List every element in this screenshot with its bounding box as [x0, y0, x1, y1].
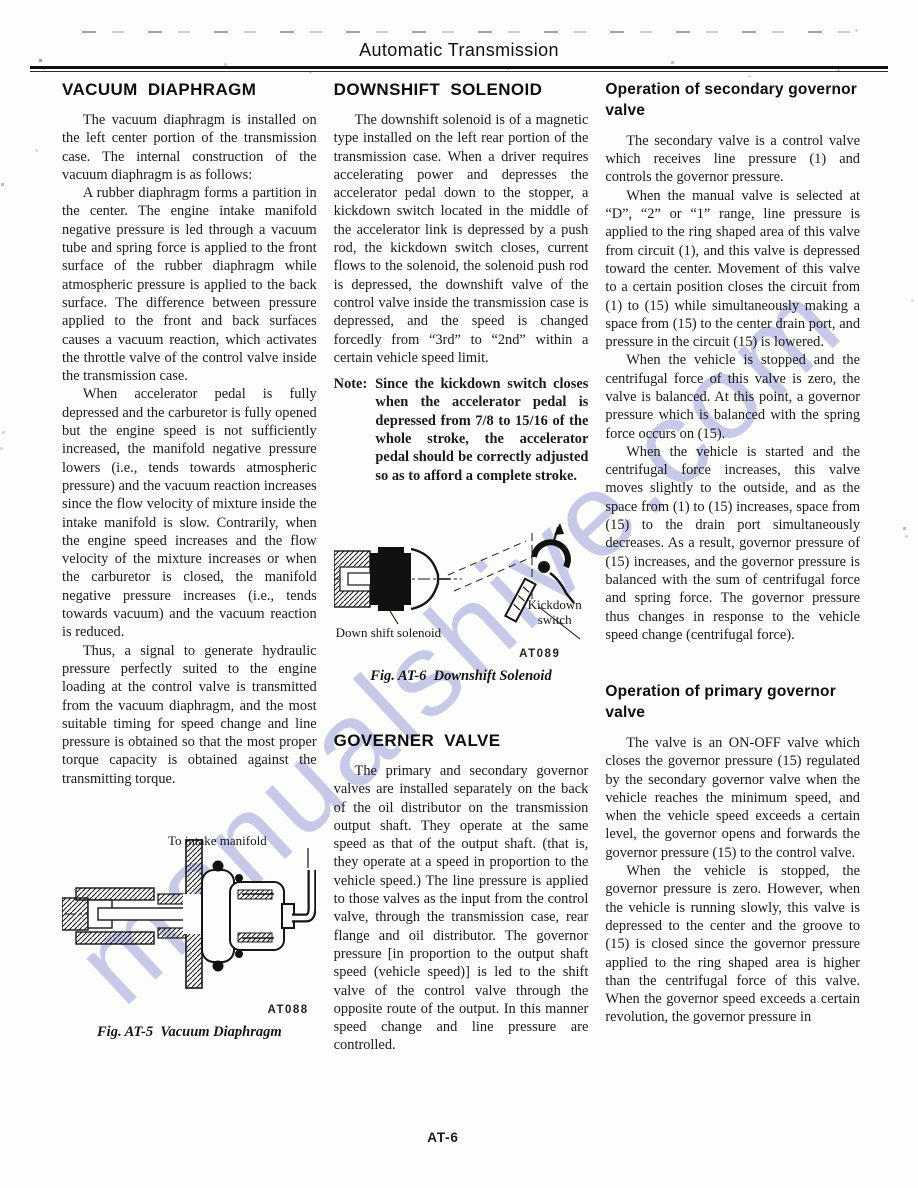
paragraph: A rubber diaphragm forms a partition in … [62, 184, 317, 385]
paragraph: The downshift solenoid is of a magnetic … [334, 111, 589, 367]
page-title: Automatic Transmission [0, 40, 918, 61]
paragraph: When the manual valve is selected at “D”… [605, 187, 860, 352]
label-to-intake-manifold: To intake manifold [168, 833, 267, 848]
note-paragraph: Note:Since the kickdown switch closes wh… [334, 375, 589, 485]
label-down-shift-solenoid: Down shift solenoid [336, 625, 441, 640]
note-label: Note: [334, 376, 368, 392]
paragraph: Thus, a signal to generate hydraulic pre… [62, 642, 317, 788]
paragraph: The secondary valve is a control valve w… [605, 132, 860, 187]
downshift-solenoid-drawing: Down shift solenoid Kickdown switch [334, 521, 589, 646]
figure-downshift-solenoid: Down shift solenoid Kickdown switch AT08… [334, 521, 589, 685]
figure-caption-at5: Fig. AT-5 Vacuum Diaphragm [62, 1024, 317, 1041]
label-kickdown-switch: Kickdown switch [520, 597, 590, 627]
paragraph: When the vehicle is stopped and the cent… [605, 351, 860, 442]
document-page: manualshive.com Automatic Transmission V… [0, 0, 918, 1188]
scan-streak-artifact [82, 31, 862, 33]
paragraph: When the vehicle is stopped, the governo… [605, 862, 860, 1027]
subheading-secondary-governor-valve: Operation of secondary governor valve [605, 80, 860, 122]
vacuum-diaphragm-schematic [62, 832, 316, 1002]
section-heading-vacuum-diaphragm: VACUUM DIAPHRAGM [62, 80, 317, 100]
figure-code-at089: AT089 [334, 648, 589, 660]
figure-code-at088: AT088 [62, 1004, 317, 1016]
paragraph: The valve is an ON-OFF valve which close… [605, 734, 860, 862]
column-downshift-solenoid: DOWNSHIFT SOLENOID The downshift solenoi… [334, 80, 589, 1055]
header-rule-thick [30, 66, 888, 69]
figure-caption-at6: Fig. AT-6 Downshift Solenoid [334, 668, 589, 685]
paragraph: When the vehicle is started and the cent… [605, 443, 860, 644]
three-column-layout: VACUUM DIAPHRAGM The vacuum diaphragm is… [62, 80, 860, 1055]
subheading-primary-governor-valve: Operation of primary governor valve [605, 682, 860, 724]
figure-vacuum-diaphragm: To intake manifold AT088 Fig. AT-5 Vacuu… [62, 832, 317, 1041]
scan-speckle-artifacts [0, 0, 1, 1]
page-number: AT-6 [0, 1130, 902, 1145]
paragraph: When accelerator pedal is fully depresse… [62, 385, 317, 641]
paragraph: The vacuum diaphragm is installed on the… [62, 111, 317, 184]
section-heading-downshift-solenoid: DOWNSHIFT SOLENOID [334, 80, 589, 100]
column-governor-operation: Operation of secondary governor valve Th… [605, 80, 860, 1055]
vacuum-diaphragm-drawing: To intake manifold [62, 832, 317, 1002]
section-heading-governer-valve: GOVERNER VALVE [334, 731, 589, 751]
note-text: Since the kickdown switch closes when th… [375, 376, 588, 483]
page-header: Automatic Transmission [0, 40, 918, 72]
paragraph: The primary and secondary governor valve… [334, 762, 589, 1055]
header-rule-thin [30, 71, 888, 72]
column-vacuum-diaphragm: VACUUM DIAPHRAGM The vacuum diaphragm is… [62, 80, 317, 1055]
